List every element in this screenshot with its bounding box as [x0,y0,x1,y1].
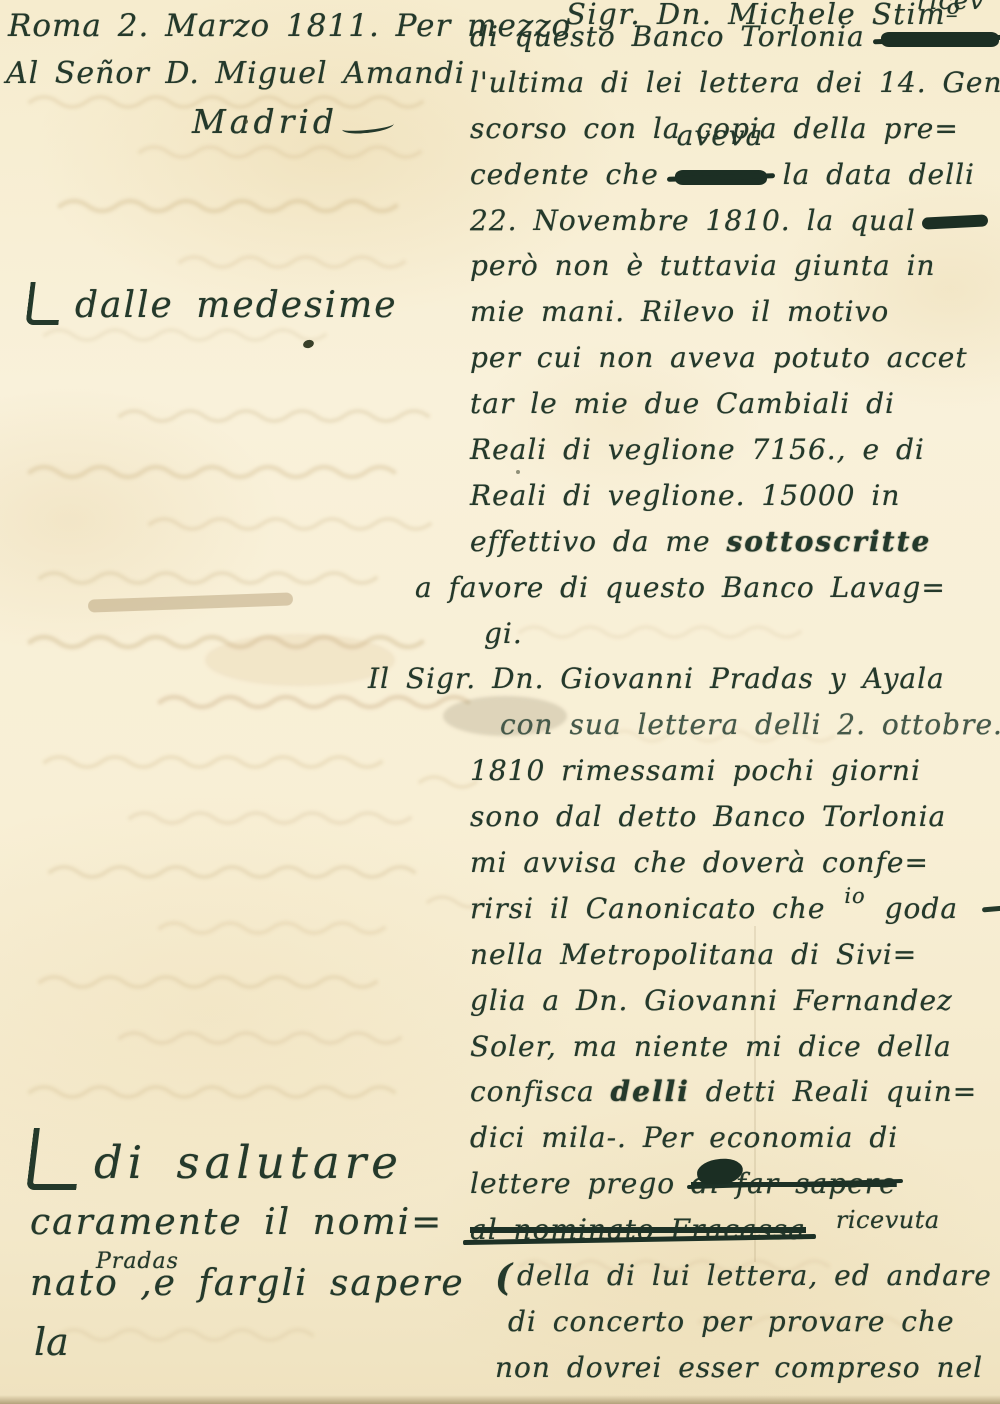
body-line: confisca delli detti Reali quin= [470,1069,1000,1115]
scribbled-out-word [675,170,767,185]
body-line: al nominato Fracassa ricevuta [470,1207,1000,1253]
body-line: per cui non aveva potuto accet [470,335,1000,381]
body-text: ricevuta [836,1206,940,1234]
recipient-city: Madrid [192,102,394,141]
correction: aveva [675,152,767,198]
body-line: di questo Banco Torlonia ricev [470,14,1000,60]
body-line: sono dal detto Banco Torlonia [470,794,1000,840]
scribbled-out-word [881,32,999,47]
body-text: cedente che [470,158,659,191]
margin-note-text: di salutare [94,1136,403,1189]
body-text: di questo Banco Torlonia [470,20,865,53]
body-text: la data delli [783,158,975,191]
body-line: rirsi il Canonicato che io goda [470,886,1000,932]
body-line: effettivo da me sottoscritte [470,519,1000,565]
recipient-line: Al Señor D. Miguel Amandi [6,56,465,91]
body-line: Reali di veglione 7156., e di [470,427,1000,473]
body-line: mie mani. Rilevo il motivo [470,289,1000,335]
correction: ricev [881,14,999,60]
body-line: a favore di questo Banco Lavag= [415,565,1000,611]
body-line: non dovrei esser compreso nel [495,1345,1000,1391]
body-line: (della di lui lettera, ed andare [495,1253,1000,1299]
body-text: della di lui lettera, ed andare [517,1259,992,1292]
body-text: rirsi il Canonicato che [470,892,825,925]
body-line: l'ultima di lei lettera dei 14. Gennº [470,60,1000,106]
interlinear-insertion: io [844,884,865,908]
body-line: lettere prego di far sapere [470,1161,1000,1207]
body-line: tar le mie due Cambiali di [470,381,1000,427]
body-line: cedente che aveva la data delli [470,152,1000,198]
margin-note-1: dalle medesime [28,282,398,326]
body-line: dici mila-. Per economia di [470,1115,1000,1161]
scan-edge-shadow [0,1395,1000,1404]
overwritten-word: delli [611,1075,690,1108]
interlinear-insertion: ricev [917,0,985,13]
body-line: di concerto per provare che [508,1299,1000,1345]
manuscript-page: Roma 2. Marzo 1811. Per mezzo Al Señor D… [0,0,1000,1404]
body-line: nella Metropolitana di Sivi= [470,932,1000,978]
body-text: confisca [470,1075,595,1108]
struck-through-text: al nominato Fracassa [470,1213,806,1246]
body-text: effettivo da me [470,525,711,558]
overwritten-word: sottoscritte [726,525,931,558]
margin-note-text: dalle medesime [75,285,398,326]
letter-body: di questo Banco Torlonia ricev l'ultima … [470,14,1000,1391]
insertion-mark [25,282,63,325]
struck-through-text: di far sapere [691,1167,897,1200]
brace-mark: ( [495,1257,513,1299]
body-line: Reali di veglione. 15000 in [470,473,1000,519]
body-line: con sua lettera delli 2. ottobre. [500,702,1000,748]
ink-speck [243,119,248,124]
margin-note-line: di salutare [30,1128,465,1190]
body-text: goda [885,892,958,925]
body-line: 22. Novembre 1810. la qual [470,198,1000,244]
margin-note-2: di salutare caramente il nomi= Pradas na… [30,1128,465,1364]
margin-note-line: caramente il nomi= [30,1202,465,1243]
body-text: lettere prego [470,1167,675,1200]
body-line: glia a Dn. Giovanni Fernandez [470,978,1000,1024]
margin-note-line: la [34,1320,465,1364]
body-line: però non è tuttavia giunta in [470,243,1000,289]
insertion-mark [26,1128,84,1190]
body-line: Il Sigr. Dn. Giovanni Pradas y Ayala [368,656,1000,702]
body-line: mi avvisa che doverà confe= [470,840,1000,886]
interlinear-insertion: aveva [677,122,764,150]
body-line: Soler, ma niente mi dice della [470,1024,1000,1070]
margin-note-line: nato ,e fargli sapere [30,1263,465,1304]
body-text: 22. Novembre 1810. la qual [470,204,916,237]
body-text: detti Reali quin= [706,1075,977,1108]
body-line: gi. [484,611,1000,657]
body-line: 1810 rimessami pochi giorni [470,748,1000,794]
